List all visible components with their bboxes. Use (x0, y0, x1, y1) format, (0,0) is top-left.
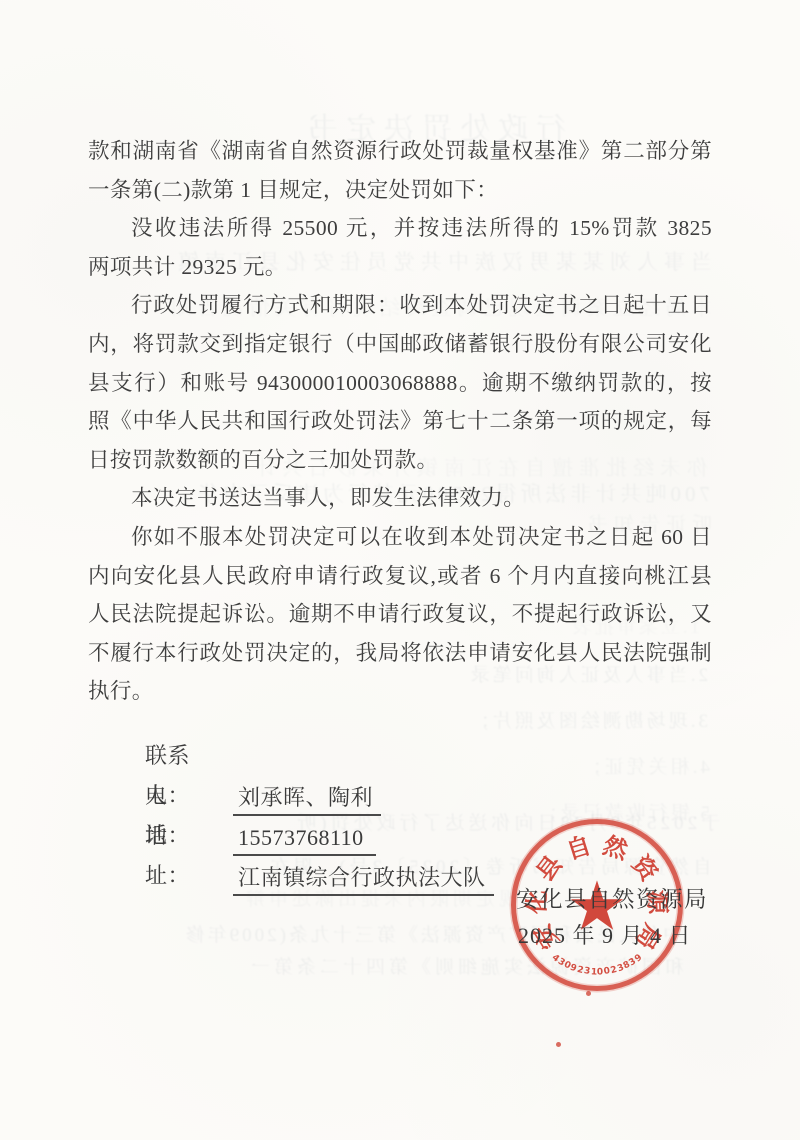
contact-phone-row: 电 话：15573768110 (145, 776, 494, 816)
body-line: 你如不服本处罚决定可以在收到本处罚决定书之日起 60 日 (88, 518, 712, 557)
seal-serial-digit: 3 (583, 967, 591, 977)
document-body: 款和湖南省《湖南省自然资源行政处罚裁量权基准》第二部分第 一条第(二)款第 1 … (88, 132, 712, 711)
body-line: 两项共计 29325 元。 (88, 248, 712, 287)
ink-speck (586, 991, 591, 996)
body-line: 行政处罚履行方式和期限：收到本处罚决定书之日起十五日 (88, 286, 712, 325)
contact-address-value: 江南镇综合行政执法大队 (233, 863, 494, 896)
body-line: 执行。 (88, 672, 712, 711)
contact-address-row: 地 址：江南镇综合行政执法大队 (145, 816, 494, 856)
body-line: 照《中华人民共和国行政处罚法》第七十二条第一项的规定，每 (88, 402, 712, 441)
body-line: 一条第(二)款第 1 目规定，决定处罚如下： (88, 171, 712, 210)
issuing-agency-name: 安化县自然资源局 (516, 882, 708, 914)
body-line: 没收违法所得 25500 元，并按违法所得的 15%罚款 3825 元， (88, 209, 712, 248)
contact-address-label: 地 址： (145, 816, 233, 896)
body-line: 县支行）和账号 943000010003068888。逾期不缴纳罚款的，按 (88, 364, 712, 403)
decision-date: 2025 年 9 月 4 日 (518, 919, 692, 950)
body-line: 人民法院提起诉讼。逾期不申请行政复议，不提起行政诉讼，又 (88, 595, 712, 634)
ink-speck (556, 1042, 561, 1047)
body-line: 内，将罚款交到指定银行（中国邮政储蓄银行股份有限公司安化 (88, 325, 712, 364)
scanned-penalty-decision-page: 行政处罚决定书当事人刘某某男汉族中共党员住安化县江南镇本局经立案调查现已调查终结… (0, 0, 800, 1140)
contact-block: 联系人：刘承晖、陶利 电 话：15573768110 地 址：江南镇综合行政执法… (145, 736, 494, 856)
body-line: 本决定书送达当事人，即发生法律效力。 (88, 479, 712, 518)
body-line: 日按罚款数额的百分之三加处罚款。 (88, 441, 712, 480)
contact-person-row: 联系人：刘承晖、陶利 (145, 736, 494, 776)
body-line: 款和湖南省《湖南省自然资源行政处罚裁量权基准》第二部分第 (88, 132, 712, 171)
body-line: 不履行本行政处罚决定的，我局将依法申请安化县人民法院强制 (88, 634, 712, 673)
body-line: 内向安化县人民政府申请行政复议,或者 6 个月内直接向桃江县 (88, 557, 712, 596)
